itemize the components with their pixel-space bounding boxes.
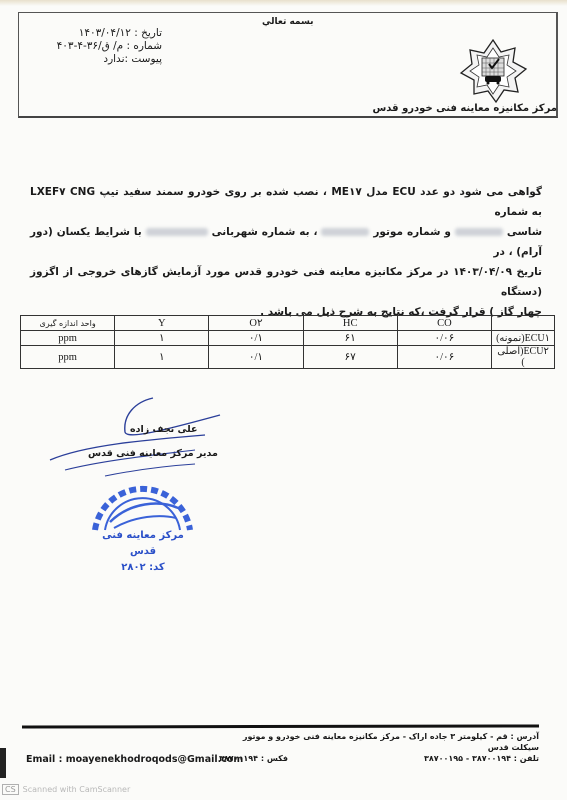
scanner-watermark: CS Scanned with CamScanner bbox=[2, 784, 130, 795]
signatory-name: علی نجف زاده bbox=[130, 424, 198, 435]
basmala: بسمه تعالي bbox=[262, 17, 314, 27]
header-blank bbox=[492, 316, 555, 331]
table-row: ppm ۱ ۰/۱ ۶۱ ۰/۰۶ ECU۱(نمونه) bbox=[21, 331, 555, 346]
emission-results-table: واحد اندازه گیری Y O۲ HC CO ppm ۱ ۰/۱ ۶۱… bbox=[20, 315, 555, 369]
letter-number: شماره : م/ ق/۳۶-۴-۴۰۳ bbox=[50, 40, 162, 53]
body-line-2: شاسی و شماره موتور ، به شماره شهربانی با… bbox=[30, 222, 542, 262]
cell-o2: ۰/۱ bbox=[209, 346, 303, 369]
stamp-text: مرکز معاینه فنی قدس کد: ۲۸۰۲ bbox=[98, 528, 188, 576]
body-line-1: گواهی می شود دو عدد ECU مدل ME۱۷ ، نصب ش… bbox=[30, 182, 542, 222]
cell-y: ۱ bbox=[115, 346, 209, 369]
table-row: ppm ۱ ۰/۱ ۶۷ ۰/۰۶ ECU۲(اصلی ) bbox=[21, 346, 555, 369]
cell-hc: ۶۱ bbox=[303, 331, 397, 346]
scan-edge bbox=[0, 748, 6, 778]
header-hc: HC bbox=[303, 316, 397, 331]
letter-attachment: پیوست :ندارد bbox=[50, 53, 162, 66]
footer-address-block: آدرس : قم - کیلومتر ۳ جاده اراک - مرکز م… bbox=[219, 731, 539, 764]
body-line-3: تاریخ ۱۴۰۳/۰۴/۰۹ در مرکز مکانیزه معاینه … bbox=[30, 262, 542, 302]
camscanner-icon: CS bbox=[2, 784, 19, 795]
footer-address: آدرس : قم - کیلومتر ۳ جاده اراک - مرکز م… bbox=[219, 731, 539, 753]
redacted-plate-number bbox=[146, 228, 208, 236]
footer-phone: تلفن : ۳۸۷۰۰۱۹۴ - ۳۸۷۰۰۱۹۵ bbox=[424, 753, 539, 764]
footer-divider bbox=[22, 724, 539, 728]
certificate-body: گواهی می شود دو عدد ECU مدل ME۱۷ ، نصب ش… bbox=[30, 182, 542, 322]
header-o2: O۲ bbox=[209, 316, 303, 331]
org-name: مرکز مکانیزه معاینه فنی خودرو قدس bbox=[372, 103, 557, 114]
signatory-title: مدیر مرکز معاینه فنی قدس bbox=[88, 448, 218, 459]
cell-unit: ppm bbox=[21, 346, 115, 369]
cell-co: ۰/۰۶ bbox=[397, 331, 491, 346]
header-co: CO bbox=[397, 316, 491, 331]
letter-date: تاریخ : ۱۴۰۳/۰۴/۱۲ bbox=[50, 27, 162, 40]
watermark-text: Scanned with CamScanner bbox=[23, 785, 131, 794]
letter-meta: تاریخ : ۱۴۰۳/۰۴/۱۲ شماره : م/ ق/۳۶-۴-۴۰۳… bbox=[50, 27, 162, 66]
scan-edge-shadow bbox=[0, 0, 567, 6]
header-unit: واحد اندازه گیری bbox=[21, 316, 115, 331]
cell-unit: ppm bbox=[21, 331, 115, 346]
star-emblem-icon bbox=[458, 38, 528, 104]
header-y: Y bbox=[115, 316, 209, 331]
cell-co: ۰/۰۶ bbox=[397, 346, 491, 369]
redacted-engine-number bbox=[321, 228, 369, 236]
contact-email: Email : moayenekhodroqods@Gmail.com bbox=[26, 754, 243, 765]
table-header-row: واحد اندازه گیری Y O۲ HC CO bbox=[21, 316, 555, 331]
redacted-chassis-number bbox=[455, 228, 503, 236]
cell-y: ۱ bbox=[115, 331, 209, 346]
cell-row-label: ECU۲(اصلی ) bbox=[492, 346, 555, 369]
cell-hc: ۶۷ bbox=[303, 346, 397, 369]
signature-scribble bbox=[45, 390, 245, 480]
cell-row-label: ECU۱(نمونه) bbox=[492, 331, 555, 346]
cell-o2: ۰/۱ bbox=[209, 331, 303, 346]
